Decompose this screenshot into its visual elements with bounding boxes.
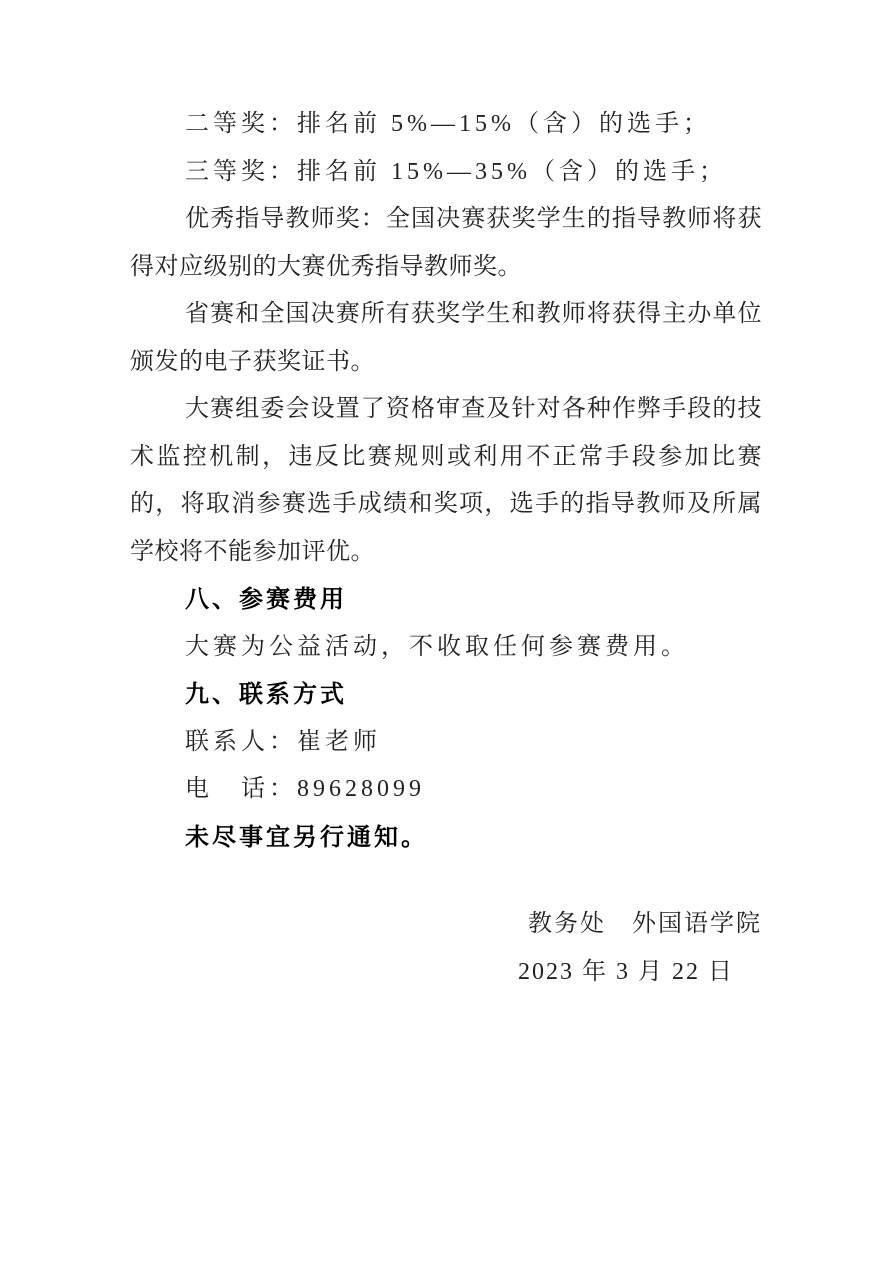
paragraph-third-prize: 三等奖：排名前 15%—35%（含）的选手； — [130, 149, 762, 197]
paragraph-advisor-award: 优秀指导教师奖：全国决赛获奖学生的指导教师将获得对应级别的大赛优秀指导教师奖。 — [130, 196, 762, 291]
line-contact-phone: 电 话：89628099 — [130, 766, 762, 814]
heading-section-9-contact: 九、联系方式 — [130, 671, 762, 719]
signature-organizations: 教务处 外国语学院 — [130, 901, 762, 949]
paragraph-fee-body: 大赛为公益活动，不收取任何参赛费用。 — [130, 624, 762, 672]
document-page: 二等奖：排名前 5%—15%（含）的选手； 三等奖：排名前 15%—35%（含）… — [0, 0, 893, 1263]
paragraph-discipline: 大赛组委会设置了资格审查及针对各种作弊手段的技术监控机制，违反比赛规则或利用不正… — [130, 386, 762, 576]
line-closing-note: 未尽事宜另行通知。 — [130, 814, 762, 862]
paragraph-second-prize: 二等奖：排名前 5%—15%（含）的选手； — [130, 101, 762, 149]
heading-section-8-fee: 八、参赛费用 — [130, 576, 762, 624]
line-contact-person: 联系人：崔老师 — [130, 719, 762, 767]
signature-block: 教务处 外国语学院 2023 年 3 月 22 日 — [130, 901, 762, 996]
paragraph-certificate: 省赛和全国决赛所有获奖学生和教师将获得主办单位颁发的电子获奖证书。 — [130, 291, 762, 386]
signature-date: 2023 年 3 月 22 日 — [130, 949, 762, 997]
